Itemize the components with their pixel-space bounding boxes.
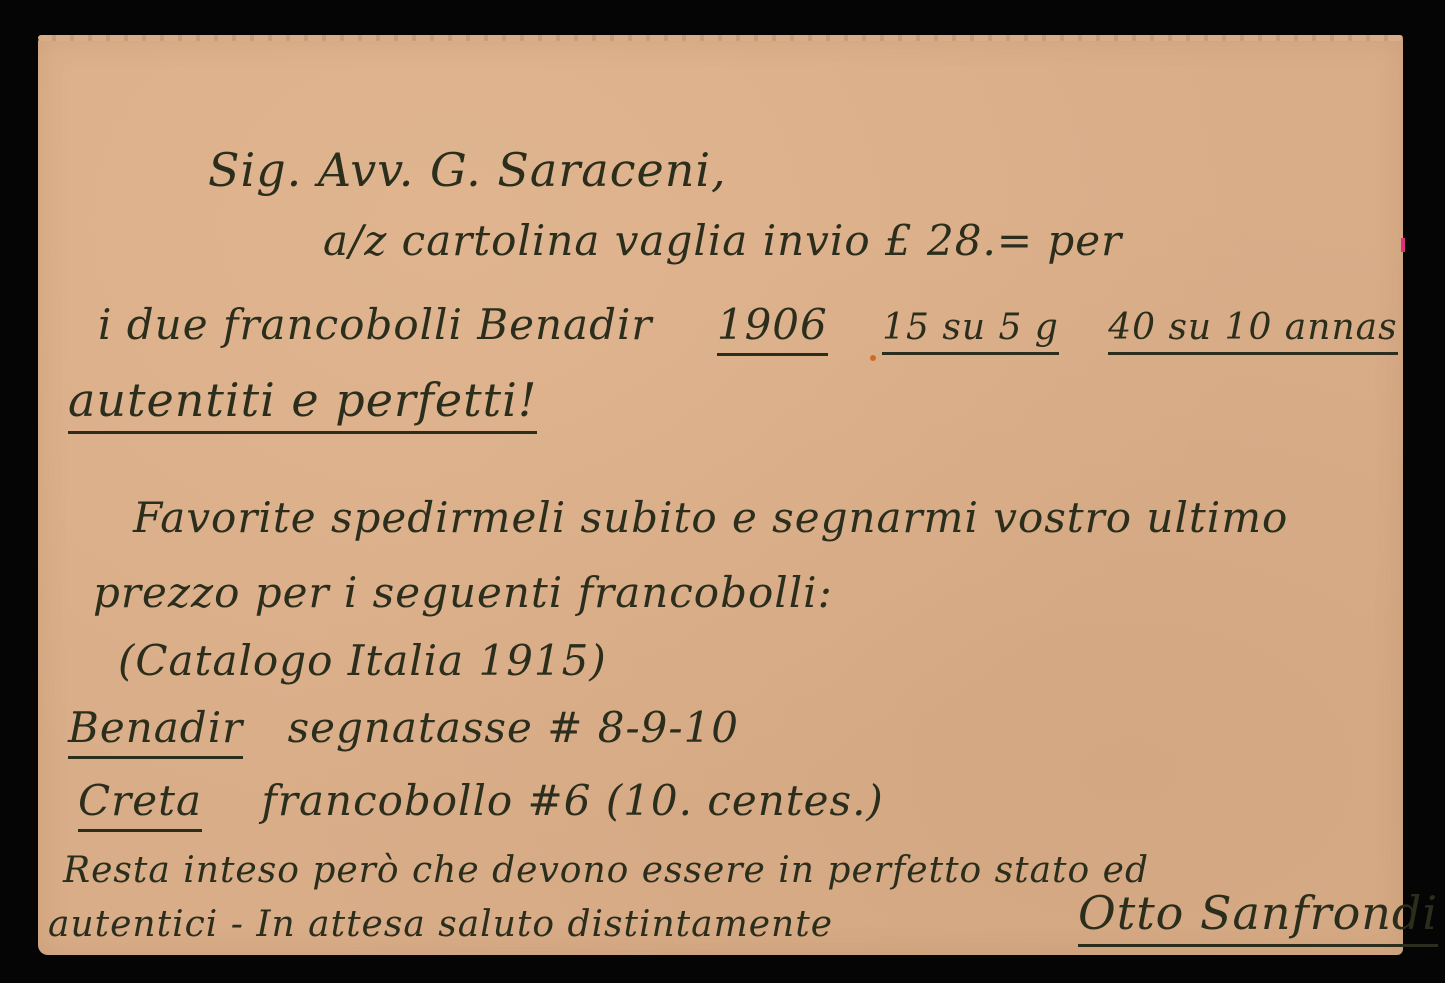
year-1906: 1906 — [717, 300, 828, 356]
catalog-reference: (Catalogo Italia 1915) — [118, 636, 607, 685]
letter-line-10: autentici - In attesa saluto distintamen… — [48, 904, 833, 945]
letter-line-7: Benadir segnatasse # 8-9-10 — [68, 703, 739, 752]
postcard: Sig. Avv. G. Saraceni, a/z cartolina vag… — [38, 38, 1403, 955]
letter-line-1: a/z cartolina vaglia invio £ 28.= per — [323, 216, 1122, 265]
creta-item: francobollo #6 (10. centes.) — [261, 776, 883, 825]
letter-line-4: Favorite spedirmeli subito e segnarmi vo… — [133, 493, 1288, 542]
signature: Otto Sanfrondi — [1078, 886, 1438, 947]
benadir-item: segnatasse # 8-9-10 — [288, 703, 739, 752]
salutation: Sig. Avv. G. Saraceni, — [208, 143, 727, 197]
letter-line-3: autentiti e perfetti! — [68, 373, 537, 434]
benadir-label: Benadir — [68, 703, 243, 759]
ink-spot — [870, 355, 876, 361]
creta-label: Creta — [78, 776, 202, 832]
letter-line-2: i due francobolli Benadir 1906 15 su 5 g… — [98, 300, 1398, 349]
surcharge-40-su-10: 40 su 10 annas — [1108, 307, 1397, 355]
letter-line-5: prezzo per i seguenti francobolli: — [93, 568, 833, 617]
letter-line-9: Resta inteso però che devono essere in p… — [63, 850, 1149, 891]
letter-line-2-text: i due francobolli Benadir — [98, 300, 652, 349]
letter-line-8: Creta francobollo #6 (10. centes.) — [78, 776, 884, 825]
edge-mark — [1401, 238, 1405, 252]
surcharge-15-su-5: 15 su 5 g — [882, 307, 1059, 355]
